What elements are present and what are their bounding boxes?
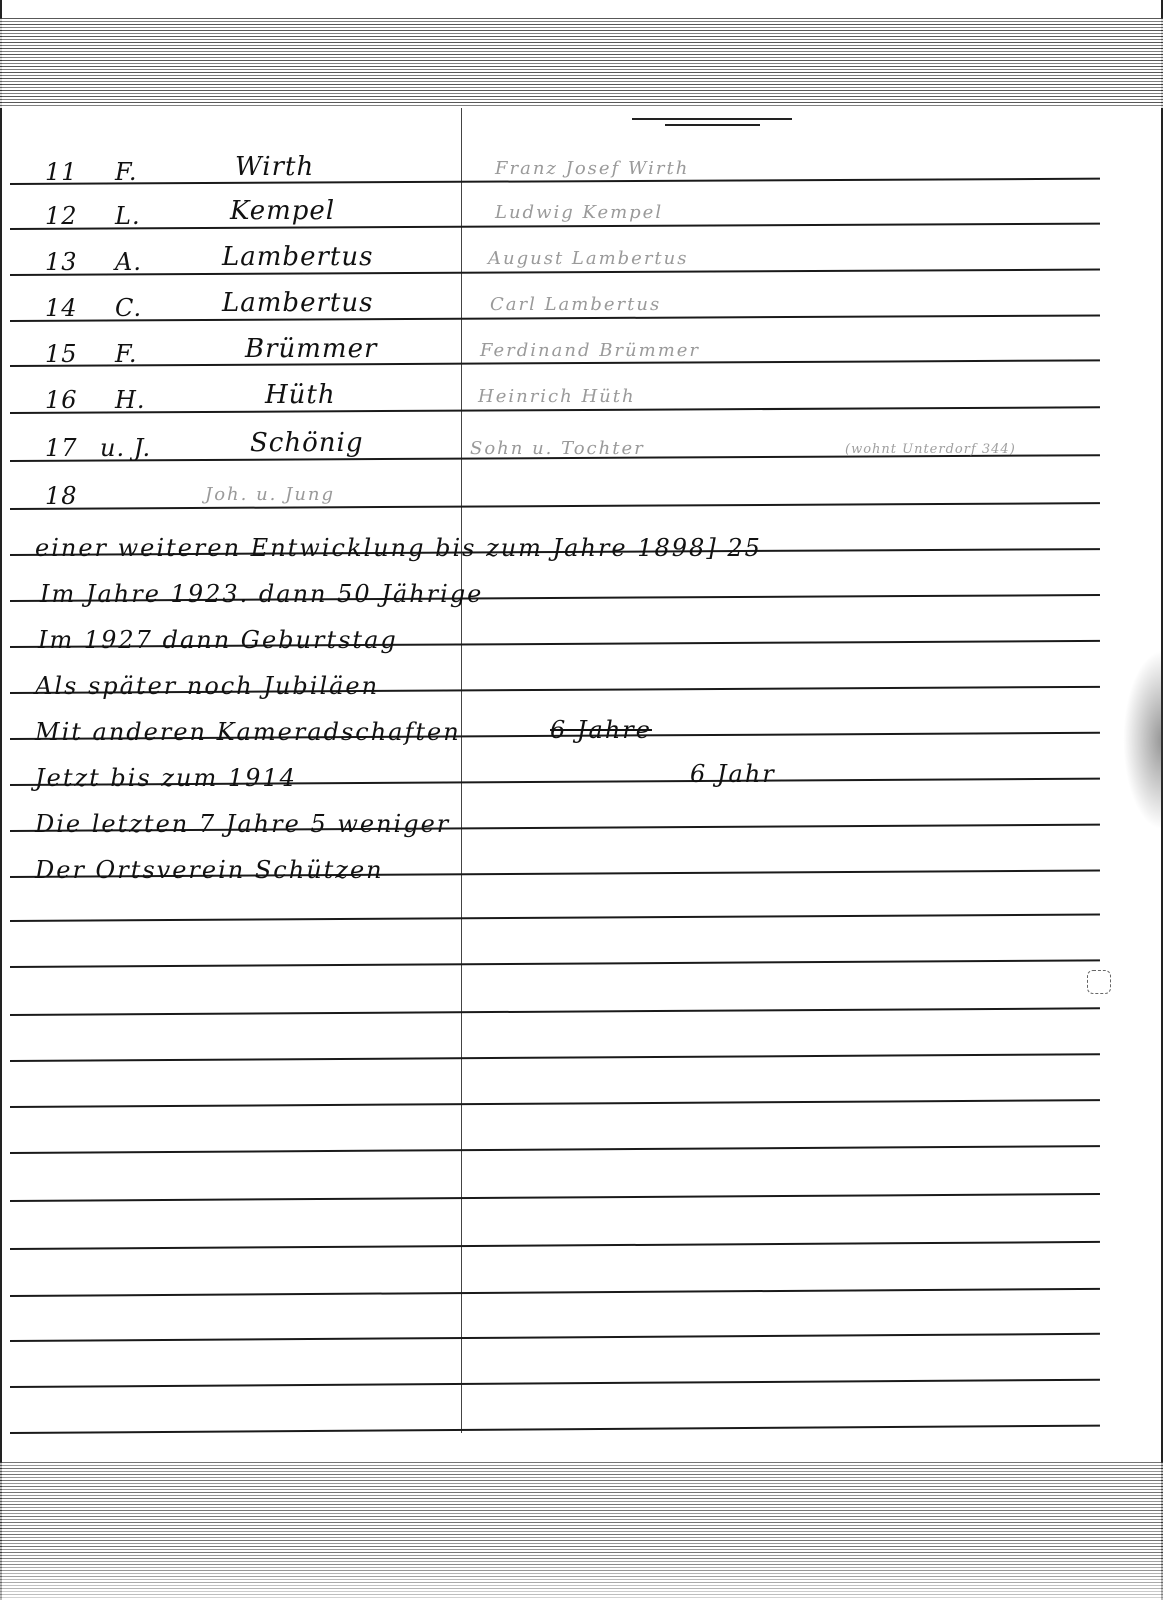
scanner-band-bottom: [0, 1462, 1163, 1600]
entry-surname: Wirth: [235, 152, 314, 182]
entry-surname: Kempel: [230, 196, 335, 226]
entry-column2: Franz Josef Wirth: [495, 158, 689, 179]
entry-surname: Joh. u. Jung: [205, 484, 335, 505]
entry-number: 17: [45, 434, 78, 462]
entry-number: 13: [45, 248, 78, 276]
header-mark: [632, 118, 792, 120]
ruled-line: [10, 223, 1100, 230]
entry-surname: Brümmer: [245, 334, 377, 364]
note-line: Im 1927 dann Geburtstag: [38, 626, 398, 654]
margin-note: 6 Jahr: [690, 760, 776, 788]
scanner-band-top: [0, 18, 1163, 108]
note-line: Als später noch Jubiläen: [35, 672, 379, 700]
note-line: Mit anderen Kameradschaften: [35, 718, 461, 746]
entry-column2: Sohn u. Tochter: [470, 438, 645, 459]
stamp-mark: [1087, 970, 1111, 994]
ruled-line: [10, 1193, 1100, 1202]
entry-surname: Lambertus: [222, 288, 373, 318]
entry-number: 14: [45, 294, 78, 322]
entry-initial: C.: [115, 294, 142, 322]
entry-column2: Carl Lambertus: [490, 294, 661, 315]
entry-column2: Ferdinand Brümmer: [480, 340, 700, 361]
entry-column2: Heinrich Hüth: [478, 386, 636, 407]
header-mark: [665, 124, 760, 126]
ruled-line: [10, 1053, 1100, 1062]
note-line: Der Ortsverein Schützen: [35, 856, 384, 884]
ruled-line: [10, 1241, 1100, 1250]
ruled-line: [10, 314, 1100, 322]
entry-initial: u. J.: [100, 434, 151, 462]
entry-initial: A.: [115, 248, 142, 276]
entry-initial: F.: [115, 340, 138, 368]
entry-initial: F.: [115, 158, 138, 186]
struck-text: 6 Jahre: [550, 716, 652, 744]
note-line: einer weiteren Entwicklung bis zum Jahre…: [35, 534, 762, 562]
ruled-line: [10, 406, 1100, 414]
ruled-line: [10, 1145, 1100, 1154]
entry-number: 12: [45, 202, 78, 230]
ruled-line: [10, 913, 1100, 922]
ruled-line: [10, 1288, 1100, 1297]
note-line: Im Jahre 1923. dann 50 Jährige: [40, 580, 483, 608]
ruled-line: [10, 1379, 1100, 1388]
entry-surname: Schönig: [250, 428, 363, 458]
ruled-line: [10, 959, 1100, 968]
smudge: [1123, 650, 1163, 830]
ruled-line: [10, 269, 1100, 276]
entry-surname: Lambertus: [222, 242, 373, 272]
entry-column2: Ludwig Kempel: [495, 202, 663, 223]
ruled-line: [10, 502, 1100, 510]
entry-number: 16: [45, 386, 78, 414]
entry-initial: L.: [115, 202, 141, 230]
ruled-line: [10, 1425, 1100, 1434]
entry-initial: H.: [115, 386, 146, 414]
column-divider: [461, 108, 462, 1433]
ruled-line: [10, 1099, 1100, 1108]
entry-surname: Hüth: [265, 380, 336, 410]
ruled-line: [10, 1333, 1100, 1342]
page-edge-left: [0, 0, 2, 1600]
note-line: Jetzt bis zum 1914: [35, 764, 297, 792]
entry-remark: (wohnt Unterdorf 344): [845, 442, 1016, 457]
entry-number: 11: [45, 158, 78, 186]
entry-number: 15: [45, 340, 78, 368]
ruled-line: [10, 1007, 1100, 1016]
entry-number: 18: [45, 482, 78, 510]
entry-column2: August Lambertus: [488, 248, 689, 269]
note-line: Die letzten 7 Jahre 5 weniger: [35, 810, 450, 838]
